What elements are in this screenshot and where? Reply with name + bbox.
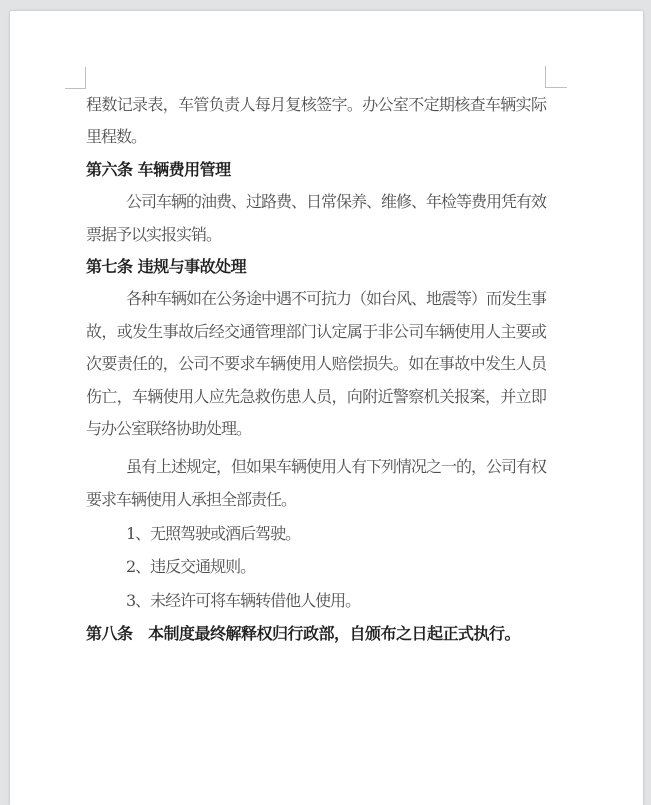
document-heading-line[interactable]: 第八条 本制度最终解释权归行政部，自颁布之日起正式执行。 xyxy=(86,618,546,650)
document-text-line[interactable]: 公司车辆的油费、过路费、日常保养、维修、年检等费用凭有效 xyxy=(86,186,546,218)
document-text-line[interactable]: 伤亡，车辆使用人应先急救伤患人员，向附近警察机关报案，并立即 xyxy=(86,381,546,413)
crop-mark-vertical-segment xyxy=(545,66,546,88)
document-text-line[interactable]: 3、未经许可将车辆转借他人使用。 xyxy=(86,585,546,617)
document-text-line[interactable]: 要求车辆使用人承担全部责任。 xyxy=(86,484,546,516)
crop-mark-horizontal-segment xyxy=(65,88,86,89)
document-text-line[interactable]: 故，或发生事故后经交通管理部门认定属于非公司车辆使用人主要或 xyxy=(86,316,546,348)
document-page[interactable]: 程数记录表，车管负责人每月复核签字。办公室不定期核查车辆实际里程数。第六条 车辆… xyxy=(10,11,643,805)
document-text-area[interactable]: 程数记录表，车管负责人每月复核签字。办公室不定期核查车辆实际里程数。第六条 车辆… xyxy=(86,89,546,651)
app-canvas: 程数记录表，车管负责人每月复核签字。办公室不定期核查车辆实际里程数。第六条 车辆… xyxy=(0,0,651,805)
document-text-line[interactable]: 2、违反交通规则。 xyxy=(86,551,546,583)
document-text-line[interactable]: 虽有上述规定，但如果车辆使用人有下列情况之一的，公司有权 xyxy=(86,451,546,483)
crop-mark-horizontal-segment xyxy=(545,87,567,88)
document-text-line[interactable]: 程数记录表，车管负责人每月复核签字。办公室不定期核查车辆实际 xyxy=(86,89,546,121)
document-text-line[interactable]: 与办公室联络协助处理。 xyxy=(86,413,546,445)
document-text-line[interactable]: 里程数。 xyxy=(86,121,546,153)
document-heading-line[interactable]: 第七条 违规与事故处理 xyxy=(86,251,546,283)
document-text-line[interactable]: 各种车辆如在公务途中遇不可抗力（如台风、地震等）而发生事 xyxy=(86,283,546,315)
document-text-line[interactable]: 1、无照驾驶或酒后驾驶。 xyxy=(86,518,546,550)
document-heading-line[interactable]: 第六条 车辆费用管理 xyxy=(86,154,546,186)
crop-mark-vertical-segment xyxy=(85,67,86,89)
document-text-line[interactable]: 次要责任的，公司不要求车辆使用人赔偿损失。如在事故中发生人员 xyxy=(86,348,546,380)
document-text-line[interactable]: 票据予以实报实销。 xyxy=(86,219,546,251)
